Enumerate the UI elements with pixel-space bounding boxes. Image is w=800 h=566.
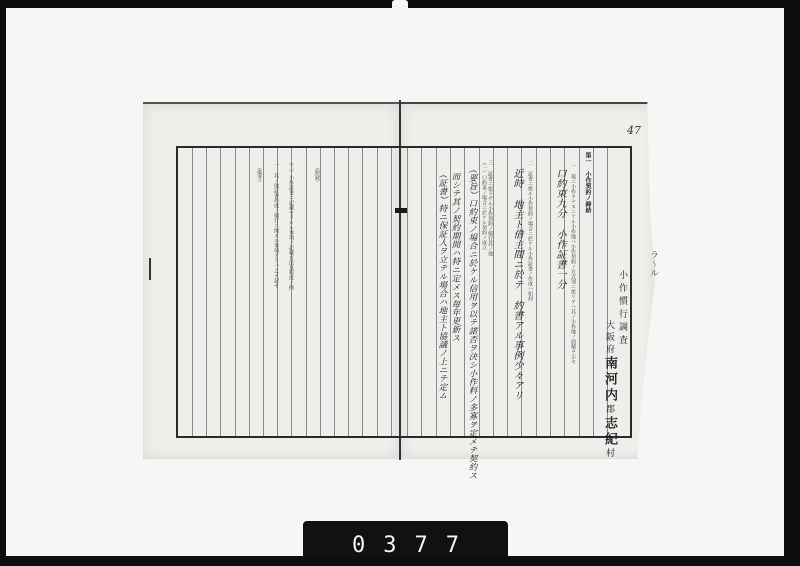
remarks-label: （備考） bbox=[256, 165, 263, 185]
question-2: 二 証書ニ依ル小作契約ノ場合ニ於ケル小作証書ノ作成ハ如何 bbox=[527, 160, 534, 301]
ruled-line bbox=[235, 148, 236, 436]
question-4: （二）小作証書ニ記載セラルル事項ノ記載方法及程度ノ例 bbox=[288, 160, 295, 290]
ruled-line bbox=[348, 148, 349, 436]
ruled-line bbox=[220, 148, 221, 436]
ruled-line bbox=[192, 148, 193, 436]
ruled-line bbox=[334, 148, 335, 436]
village-suffix: 村 bbox=[604, 448, 614, 460]
margin-tick-mark bbox=[149, 258, 151, 280]
answer-3-line-3: （証書）特ニ保証人ヲ立テル場合ハ地主ト協議ノ上ニテ定ム bbox=[436, 170, 448, 400]
ruled-line bbox=[421, 148, 422, 436]
district: 南河内 bbox=[602, 356, 617, 404]
answer-3-line-1: （要旨）口約束ノ場合ニ於ケル信用ヲ以テ諾否ヲ決シ小作料ノ多寡ヲ定メテ契約ス bbox=[466, 165, 478, 480]
section-heading: 第一 小作契約ノ締結 bbox=[583, 152, 592, 213]
appendix-label: （附録） bbox=[314, 165, 321, 185]
page-number: 47 bbox=[627, 124, 641, 137]
ruled-line bbox=[377, 148, 378, 436]
ruled-line bbox=[579, 148, 580, 436]
answer-3-line-2: 而シテ其ノ契約期間ハ特ニ定メス毎年更新ス bbox=[449, 172, 461, 342]
question-5: 一 其ノ他証書作成ノ慣行ニ関スル事項アラバ之ヲ記セ bbox=[273, 162, 280, 288]
village: 志紀 bbox=[602, 416, 617, 448]
question-3-1: （一）口約束ノ場合ニ於ケル契約ノ成立 bbox=[481, 160, 488, 250]
ruled-line bbox=[507, 148, 508, 436]
location: 大阪府南河内郡志紀村 bbox=[600, 320, 619, 460]
margin-note: ラ〜ル bbox=[647, 250, 660, 277]
ruled-line bbox=[391, 148, 392, 436]
ruled-line bbox=[362, 148, 363, 436]
ruled-line bbox=[320, 148, 321, 436]
film-edge bbox=[0, 556, 800, 566]
frame-counter: 0377 bbox=[303, 533, 508, 558]
ruled-line bbox=[550, 148, 551, 436]
answer-2: 近時 地主ト借主間ニ於テ 約書アル事例少々アリ bbox=[509, 168, 524, 400]
ruled-line bbox=[479, 148, 480, 436]
ruled-line bbox=[407, 148, 408, 436]
answer-1: 口約束九分 小作証書一分 bbox=[552, 168, 567, 289]
question-3: 三 証書ニ依ラザル小作契約ノ慣行其ノ他 bbox=[487, 160, 494, 256]
ruled-line bbox=[593, 148, 594, 436]
ruled-line bbox=[536, 148, 537, 436]
ruled-line bbox=[249, 148, 250, 436]
prefecture: 大阪府 bbox=[604, 320, 614, 356]
film-notch bbox=[392, 0, 408, 10]
question-1: 一 現ニ小作ヲナスニアル小作地ハ小作契約ノ方式別ニ依リテハ其ノ小作地ノ面積ヲ示セ bbox=[570, 163, 577, 364]
ruled-line bbox=[206, 148, 207, 436]
ruled-line bbox=[263, 148, 264, 436]
district-suffix: 郡 bbox=[604, 404, 614, 416]
binding-clip bbox=[395, 208, 407, 213]
ruled-line bbox=[306, 148, 307, 436]
